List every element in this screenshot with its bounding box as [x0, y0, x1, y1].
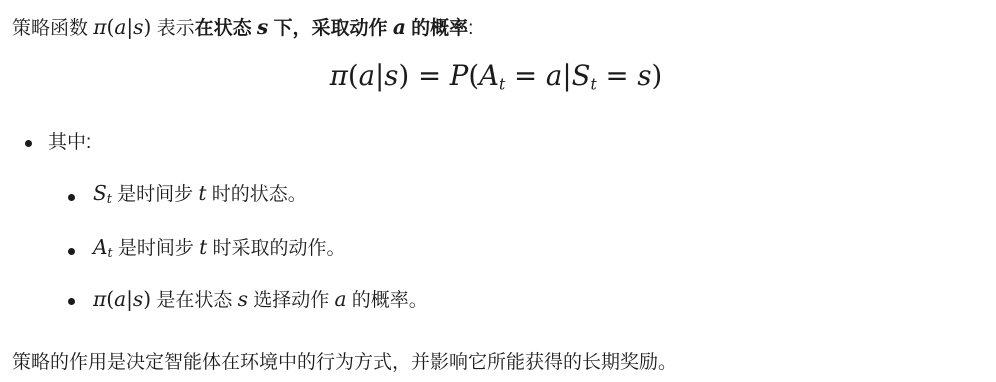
text-segment: 选择动作 [248, 290, 335, 311]
intro-paragraph: 策略函数 π(a|s) 表示在状态 s 下，采取动作 a 的概率: [12, 16, 980, 42]
policy-formula: π(a|s) = P(At = a|St = s) [12, 58, 980, 94]
text-segment: ( [468, 60, 479, 92]
text-segment: s [257, 15, 268, 39]
text-segment: 在状态 [195, 18, 257, 39]
list-item-text: At 是时间步 t 时采取的动作。 [93, 236, 346, 266]
closing-paragraph: 策略的作用是决定智能体在环境中的行为方式，并影响它所能获得的长期奖励。 [12, 350, 980, 376]
text-segment: A [479, 60, 499, 92]
list-item-where: 其中: [12, 130, 980, 156]
text-segment: S [93, 181, 107, 205]
text-segment: = [505, 60, 546, 92]
text-segment: s [384, 60, 398, 92]
text-segment: 的概率 [406, 18, 468, 39]
text-segment: S [572, 60, 591, 92]
text-segment: ) [652, 60, 663, 92]
text-segment: 下，采取动作 [268, 18, 393, 39]
text-segment: = [409, 60, 450, 92]
list-item-text: 其中: [48, 130, 91, 156]
text-segment: 其中: [48, 132, 91, 153]
text-segment: 策略函数 [12, 18, 93, 39]
text-segment: a [335, 287, 347, 311]
sublist-item-probability: π(a|s) 是在状态 s 选择动作 a 的概率。 [12, 288, 980, 314]
text-segment: ) [143, 287, 151, 311]
text-segment: s [238, 287, 248, 311]
text-segment: s [133, 287, 143, 311]
text-segment: A [93, 235, 108, 259]
text-segment: 是时间步 [113, 238, 200, 259]
text-segment: a [546, 60, 562, 92]
text-segment: s [133, 15, 143, 39]
text-segment: 是在状态 [151, 290, 238, 311]
text-segment: 策略的作用是决定智能体在环境中的行为方式，并影响它所能获得的长期奖励。 [12, 352, 677, 373]
bullet-icon [68, 194, 75, 201]
text-segment: | [126, 287, 133, 311]
text-segment: : [468, 18, 473, 39]
text-segment: π [93, 15, 106, 39]
bullet-list: 其中: St 是时间步 t 时的状态。 At 是时间步 t 时采取的动作。 π(… [12, 130, 980, 314]
text-segment: = [597, 60, 638, 92]
text-segment: a [114, 15, 126, 39]
text-segment: ) [398, 60, 409, 92]
bullet-icon [68, 298, 75, 305]
list-item-text: St 是时间步 t 时的状态。 [93, 182, 307, 212]
text-segment: s [637, 60, 651, 92]
text-segment: a [393, 15, 406, 39]
text-segment: | [375, 60, 384, 92]
text-segment: P [450, 60, 469, 92]
sublist-item-state: St 是时间步 t 时的状态。 [12, 182, 980, 212]
text-segment: 表示 [151, 18, 194, 39]
text-segment: π [93, 287, 106, 311]
list-item-text: π(a|s) 是在状态 s 选择动作 a 的概率。 [93, 288, 428, 314]
text-segment: t [198, 181, 206, 205]
bullet-icon [25, 140, 32, 147]
text-segment: a [359, 60, 375, 92]
sublist-item-action: At 是时间步 t 时采取的动作。 [12, 236, 980, 266]
text-segment: 时的状态。 [207, 184, 307, 205]
document-page: 策略函数 π(a|s) 表示在状态 s 下，采取动作 a 的概率: π(a|s)… [0, 0, 996, 382]
text-segment: ( [348, 60, 359, 92]
text-segment: | [562, 60, 571, 92]
text-segment: 是时间步 [112, 184, 199, 205]
text-segment: a [114, 287, 126, 311]
text-segment: 的概率。 [347, 290, 428, 311]
text-segment: ( [106, 287, 114, 311]
text-segment: 时采取的动作。 [207, 238, 345, 259]
bullet-icon [68, 248, 75, 255]
text-segment: π [330, 60, 348, 92]
